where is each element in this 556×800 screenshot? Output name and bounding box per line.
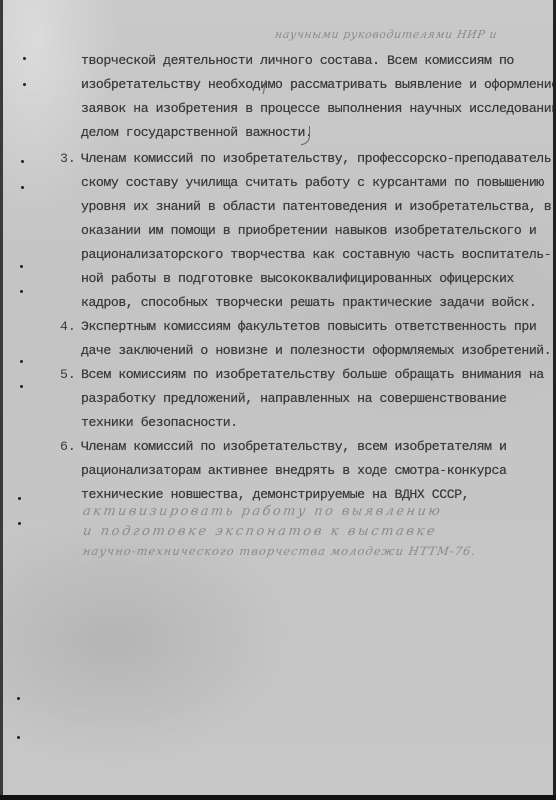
scan-speck [23, 83, 26, 86]
list-number: 3. [60, 148, 76, 170]
text-line: скому составу училища считать работу с к… [81, 172, 544, 194]
scan-speck [20, 360, 23, 363]
text-line: Членам комиссий по изобретательству, про… [81, 148, 556, 170]
handwritten-line: и подготовке экспонатов к выставке [82, 524, 438, 539]
scanned-document-page: научными руководителями НИР и творческой… [0, 0, 553, 795]
text-line: Членам комиссий по изобретательству, все… [81, 436, 506, 458]
text-line: ной работы в подготовке высококвалифицир… [81, 268, 514, 290]
text-line: Экспертным комиссиям факультетов повысит… [81, 316, 536, 338]
text-line: рационализаторам активнее внедрять в ход… [81, 460, 506, 482]
text-line: кадров, способных творчески решать практ… [81, 292, 536, 314]
text-line: технические новшества, демонстрируемые н… [81, 484, 469, 506]
list-number: 4. [60, 316, 76, 338]
text-line: техники безопасности. [81, 412, 238, 434]
scan-speck [17, 736, 20, 739]
scan-speck [20, 265, 23, 268]
scan-speck [21, 186, 24, 189]
scan-speck [21, 160, 24, 163]
text-line: разработку предложений, направленных на … [81, 388, 506, 410]
handwritten-line: активизировать работу по выявлению [82, 504, 443, 519]
scan-bottom-edge [0, 795, 556, 800]
text-line: оказании им помощи в приобретении навыко… [81, 220, 536, 242]
list-number: 5. [60, 364, 76, 386]
text-line: заявок на изобретения в процессе выполне… [81, 98, 556, 120]
list-number: 6. [60, 436, 76, 458]
scan-speck [17, 697, 20, 700]
text-line: уровня их знаний в области патентоведени… [81, 196, 551, 218]
handwritten-annotation-top: научными руководителями НИР и [274, 28, 498, 41]
scan-speck [23, 57, 26, 60]
handwritten-line: научно-технического творчества молодежи … [82, 544, 477, 558]
scan-speck [20, 290, 23, 293]
text-line: рационализаторского творчества как соста… [81, 244, 551, 266]
text-line: Всем комиссиям по изобретательству больш… [81, 364, 544, 386]
text-line: изобретательству необходимо рассматриват… [81, 74, 556, 96]
scan-speck [20, 385, 23, 388]
text-line: делом государственной важности. [81, 122, 312, 144]
scan-speck [18, 497, 21, 500]
text-line: даче заключений о новизне и полезности о… [81, 340, 551, 362]
text-line: творческой деятельности личного состава.… [81, 50, 514, 72]
scan-speck [18, 522, 21, 525]
